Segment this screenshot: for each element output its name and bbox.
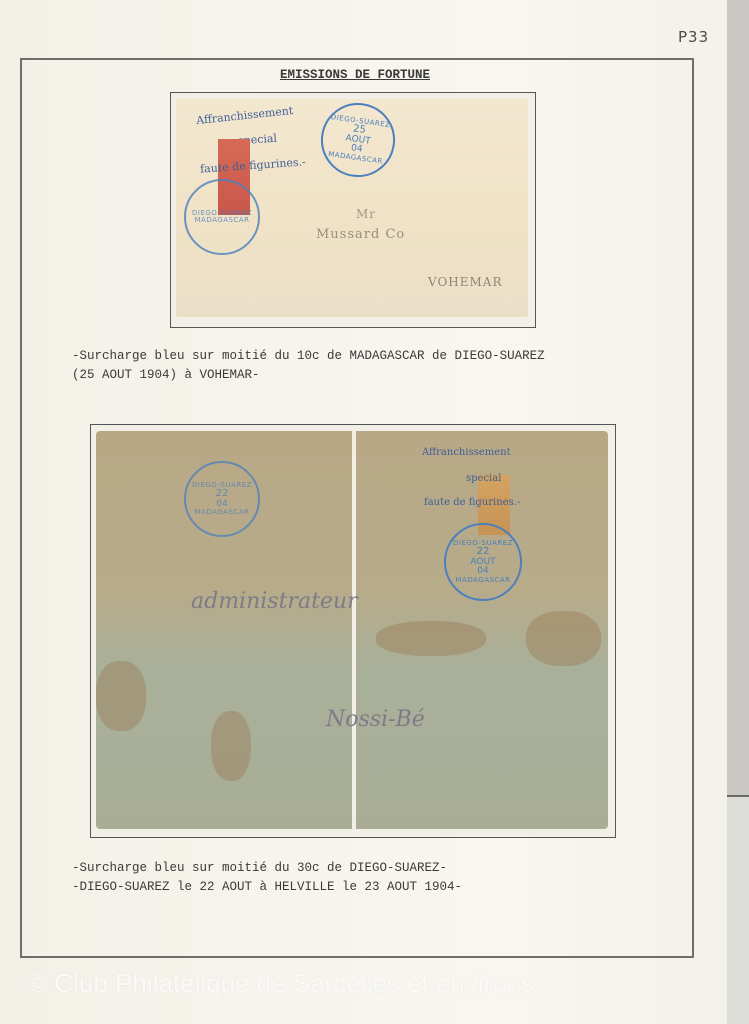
handstamp-line-3: faute de figurines.- — [424, 497, 520, 508]
stain — [526, 611, 601, 666]
postmark-on-stamp: DIEGO-SUAREZ MADAGASCAR — [184, 179, 260, 255]
stain — [96, 661, 146, 731]
envelope-2: DIEGO-SUAREZ 22 04 MADAGASCAR Affranchis… — [96, 431, 608, 829]
handstamp-line-2: special — [466, 473, 501, 484]
cover-photo-1: Affranchissement special faute de figuri… — [170, 92, 536, 328]
copyright-watermark: © Club Philatélique de Sarcelles et envi… — [28, 968, 534, 999]
stain — [376, 621, 486, 656]
postmark-right: DIEGO-SUAREZ 22 AOUT 04 MADAGASCAR — [444, 523, 522, 601]
caption-1: -Surcharge bleu sur moitié du 10c de MAD… — [72, 347, 545, 385]
handstamp-line-1: Affranchissement — [196, 104, 294, 127]
envelope-1: Affranchissement special faute de figuri… — [176, 99, 528, 317]
address-line-2: Nossi-Bé — [326, 707, 425, 732]
page-number: P33 — [678, 28, 709, 46]
postmark-left: DIEGO-SUAREZ 22 04 MADAGASCAR — [184, 461, 260, 537]
scan-edge-lower — [727, 795, 749, 1024]
handstamp-line-1: Affranchissement — [422, 447, 511, 458]
page-heading: EMISSIONS DE FORTUNE — [0, 68, 710, 82]
address-line-1: administrateur — [191, 589, 358, 614]
handstamp-line-3: faute de figurines.- — [200, 155, 307, 175]
caption-2: -Surcharge bleu sur moitié du 30c de DIE… — [72, 859, 462, 897]
envelope-fold — [352, 431, 356, 829]
address-line-1: Mr — [356, 207, 376, 221]
address-line-3: VOHEMAR — [428, 275, 503, 289]
address-line-2: Mussard Co — [316, 227, 405, 242]
postmark-diego-suarez: DIEGO-SUAREZ 25 AOUT 04 MADAGASCAR — [316, 99, 400, 182]
cover-photo-2: DIEGO-SUAREZ 22 04 MADAGASCAR Affranchis… — [90, 424, 616, 838]
stain — [211, 711, 251, 781]
